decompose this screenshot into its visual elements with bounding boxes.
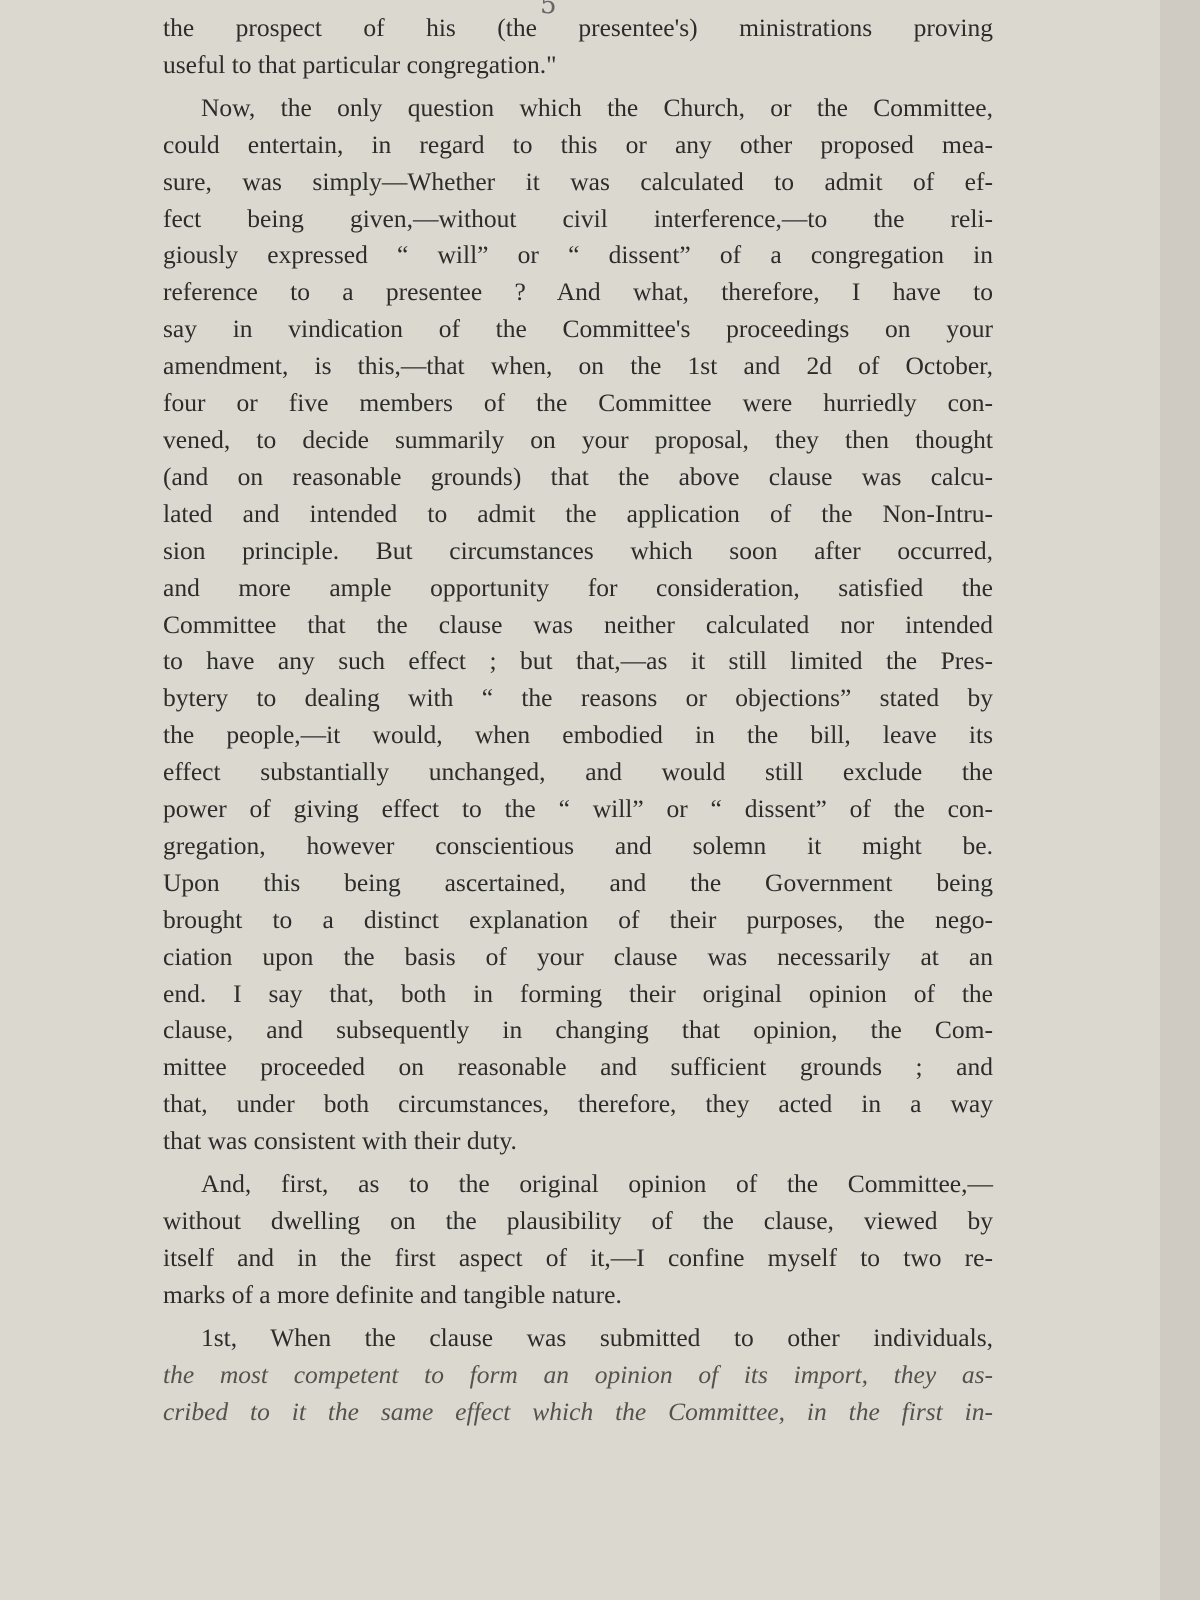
- text-line: cribed to it the same effect which the C…: [163, 1394, 993, 1431]
- text-line: giously expressed “ will” or “ dissent” …: [163, 237, 993, 274]
- text-line: 1st, When the clause was submitted to ot…: [163, 1320, 993, 1357]
- text-line: clause, and subsequently in changing tha…: [163, 1012, 993, 1049]
- text-line: the people,—it would, when embodied in t…: [163, 717, 993, 754]
- text-line: to have any such effect ; but that,—as i…: [163, 643, 993, 680]
- text-line: four or five members of the Committee we…: [163, 385, 993, 422]
- text-line: effect substantially unchanged, and woul…: [163, 754, 993, 791]
- text-line: sure, was simply—Whether it was calculat…: [163, 164, 993, 201]
- text-line: marks of a more definite and tangible na…: [163, 1277, 993, 1314]
- text-line: vened, to decide summarily on your propo…: [163, 422, 993, 459]
- text-line: brought to a distinct explanation of the…: [163, 902, 993, 939]
- text-line: that, under both circumstances, therefor…: [163, 1086, 993, 1123]
- document-page: 5 the prospect of his (the presentee's) …: [0, 0, 1160, 1600]
- text-line: could entertain, in regard to this or an…: [163, 127, 993, 164]
- text-line: the most competent to form an opinion of…: [163, 1357, 993, 1394]
- body-text: the prospect of his (the presentee's) mi…: [163, 10, 993, 1430]
- text-line: fect being given,—without civil interfer…: [163, 201, 993, 238]
- text-line: that was consistent with their duty.: [163, 1123, 993, 1160]
- text-line: say in vindication of the Committee's pr…: [163, 311, 993, 348]
- text-line: Committee that the clause was neither ca…: [163, 607, 993, 644]
- text-line: mittee proceeded on reasonable and suffi…: [163, 1049, 993, 1086]
- text-line: Upon this being ascertained, and the Gov…: [163, 865, 993, 902]
- text-line: without dwelling on the plausibility of …: [163, 1203, 993, 1240]
- text-line: lated and intended to admit the applicat…: [163, 496, 993, 533]
- text-line: power of giving effect to the “ will” or…: [163, 791, 993, 828]
- text-line: (and on reasonable grounds) that the abo…: [163, 459, 993, 496]
- text-line: useful to that particular congregation.": [163, 47, 993, 84]
- text-line: ciation upon the basis of your clause wa…: [163, 939, 993, 976]
- text-line: bytery to dealing with “ the reasons or …: [163, 680, 993, 717]
- text-line: and more ample opportunity for considera…: [163, 570, 993, 607]
- text-line: gregation, however conscientious and sol…: [163, 828, 993, 865]
- text-line: amendment, is this,—that when, on the 1s…: [163, 348, 993, 385]
- text-line: And, first, as to the original opinion o…: [163, 1166, 993, 1203]
- text-line: reference to a presentee ? And what, the…: [163, 274, 993, 311]
- text-line: Now, the only question which the Church,…: [163, 90, 993, 127]
- text-line: itself and in the first aspect of it,—I …: [163, 1240, 993, 1277]
- text-line: the prospect of his (the presentee's) mi…: [163, 10, 993, 47]
- text-line: sion principle. But circumstances which …: [163, 533, 993, 570]
- text-line: end. I say that, both in forming their o…: [163, 976, 993, 1013]
- page-edge: [1160, 0, 1200, 1600]
